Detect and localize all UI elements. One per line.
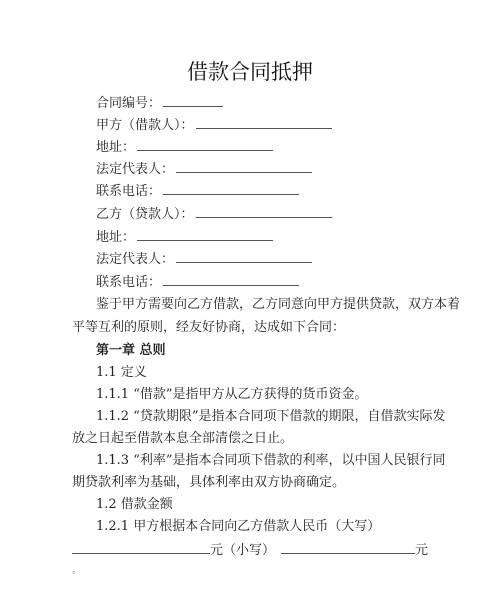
field-label: 联系电话： [96, 275, 161, 290]
field-contract-number: 合同编号： [96, 94, 223, 112]
preamble-line-1: 鉴于甲方需要向乙方借款，乙方同意向甲方提供贷款，双方本着 [96, 297, 456, 313]
field-borrower-phone: 联系电话： [96, 182, 299, 200]
chapter-title: 第一章 总则 [96, 343, 456, 359]
field-label: 地址： [96, 230, 135, 245]
amount-end-label: 元 [415, 543, 428, 558]
field-label: 甲方（借款人）： [96, 118, 194, 133]
clause-1-2-1: 1.2.1 甲方根据本合同向乙方借款人民币（大写） [96, 519, 456, 535]
preamble-line-2: 平等互利的原则，经友好协商，达成如下合同： [72, 320, 432, 336]
field-label: 联系电话： [96, 184, 161, 199]
section-1-1: 1.1 定义 [96, 365, 456, 381]
amount-mid-label: 元（小写） [210, 543, 275, 558]
blank-line[interactable] [176, 160, 312, 173]
field-label: 乙方（贷款人）： [96, 207, 194, 222]
amount-uppercase-blank[interactable] [72, 541, 210, 554]
blank-line[interactable] [163, 94, 223, 107]
field-lender-address: 地址： [96, 228, 273, 246]
field-borrower: 甲方（借款人）： [96, 116, 332, 134]
clause-1-1-3-line-2: 期贷款利率为基础，具体利率由双方协商确定。 [72, 475, 432, 491]
blank-line[interactable] [137, 138, 273, 151]
field-label: 合同编号： [96, 96, 161, 111]
blank-line[interactable] [137, 228, 273, 241]
field-borrower-address: 地址： [96, 138, 273, 156]
clause-1-1-3-line-1: 1.1.3 “利率”是指本合同项下借款的利率，以中国人民银行同 [96, 453, 456, 469]
clause-1-1-1: 1.1.1 “借款”是指甲方从乙方获得的货币资金。 [96, 387, 456, 403]
blank-line[interactable] [196, 116, 332, 129]
field-lender-representative: 法定代表人： [96, 250, 312, 268]
blank-line[interactable] [163, 273, 299, 286]
blank-line[interactable] [163, 182, 299, 195]
field-label: 法定代表人： [96, 162, 174, 177]
field-borrower-representative: 法定代表人： [96, 160, 312, 178]
field-label: 地址： [96, 140, 135, 155]
clause-1-1-2-line-2: 放之日起至借款本息全部清偿之日止。 [72, 431, 432, 447]
section-1-2: 1.2 借款金额 [96, 497, 456, 513]
field-label: 法定代表人： [96, 252, 174, 267]
field-lender-phone: 联系电话： [96, 273, 299, 291]
field-lender: 乙方（贷款人）： [96, 205, 332, 223]
blank-line[interactable] [176, 250, 312, 263]
amount-lowercase-blank[interactable] [281, 541, 415, 554]
amount-line: 元（小写）元 [72, 541, 432, 559]
blank-line[interactable] [196, 205, 332, 218]
document-title: 借款合同抵押 [0, 56, 500, 86]
clause-1-1-2-line-1: 1.1.2 “贷款期限”是指本合同项下借款的期限，自借款实际发 [96, 409, 456, 425]
trailing-period: 。 [72, 563, 432, 579]
